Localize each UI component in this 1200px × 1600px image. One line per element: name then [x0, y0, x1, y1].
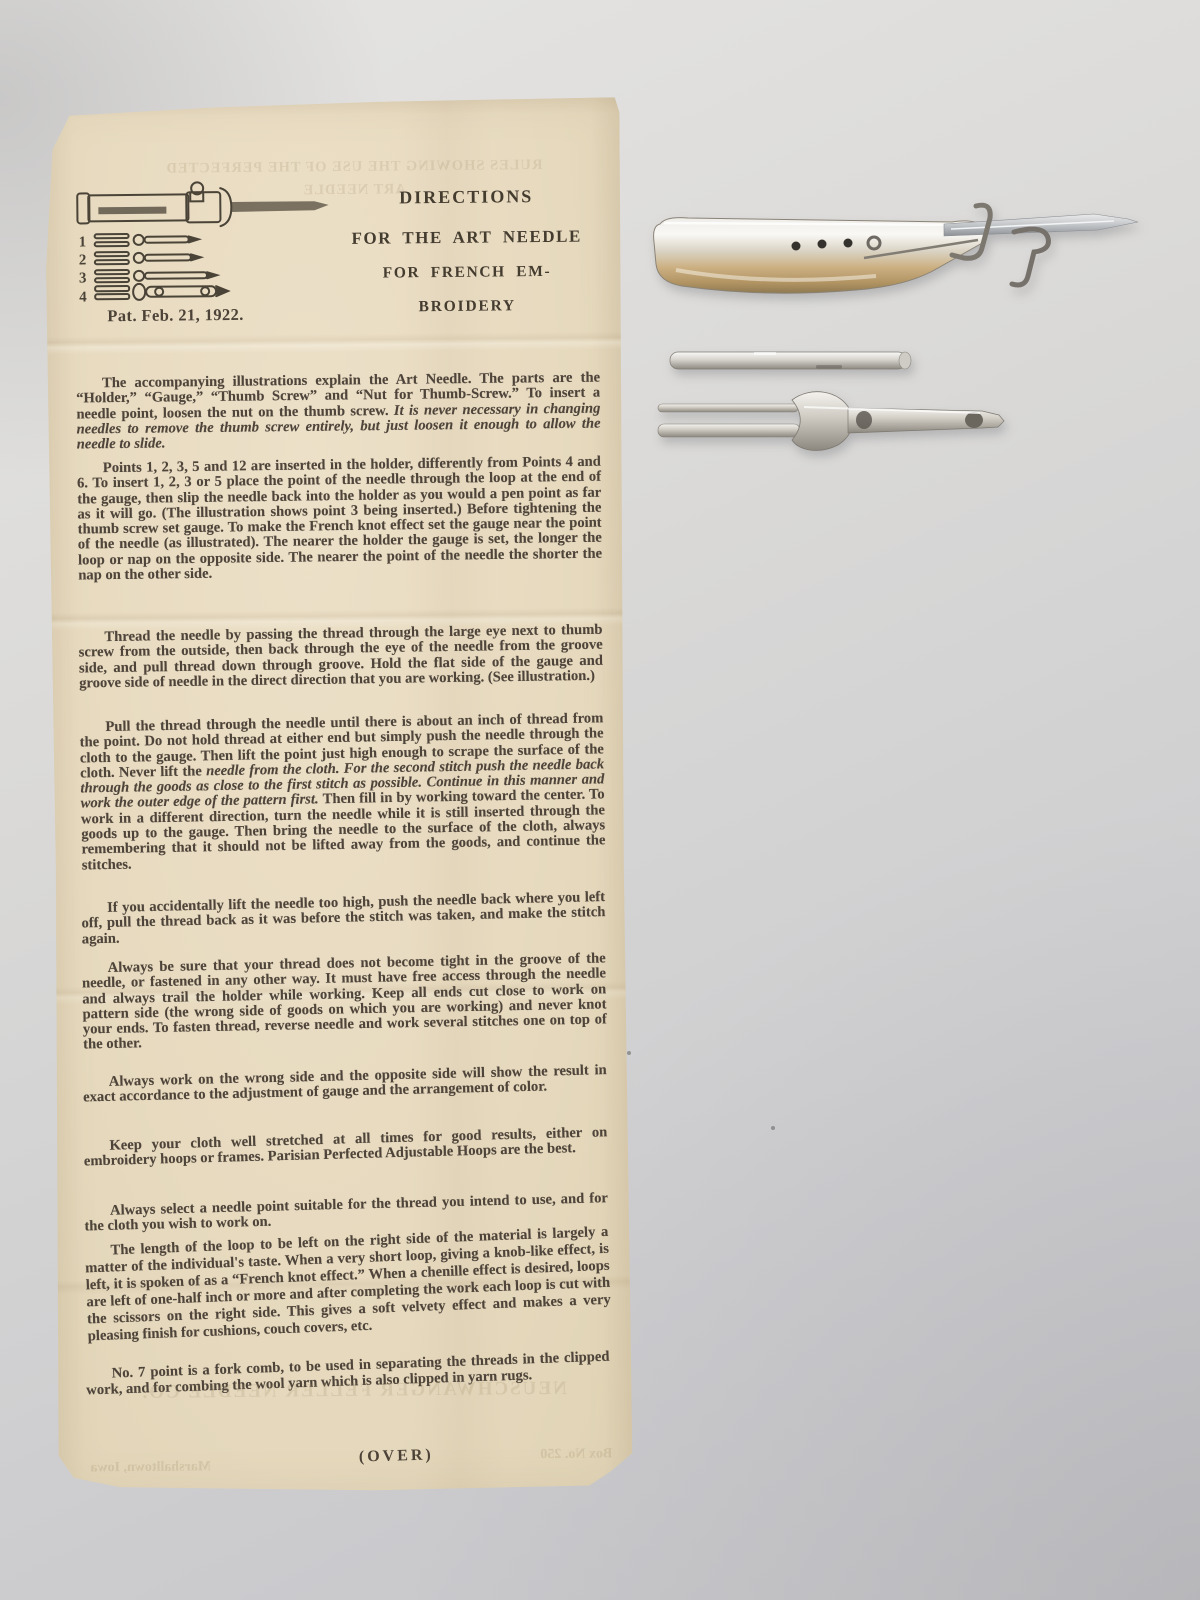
- paragraph-text: Thread the needle by passing the thread …: [79, 622, 603, 692]
- showthrough-company: NEUSCHWANGER FELLER NEEDLE CO.: [94, 1377, 614, 1404]
- tube-notch: [754, 352, 776, 355]
- paragraph-stretch-cloth: Keep your cloth well stretched at all ti…: [83, 1125, 608, 1170]
- paragraph-text: Points 1, 2, 3, 5 and 12 are inserted in…: [77, 454, 602, 584]
- paragraph-thread-tension: Always be sure that your thread does not…: [82, 951, 608, 1053]
- paragraph-wrong-side: Always work on the wrong side and the op…: [83, 1063, 608, 1106]
- title-line-3: FOR FRENCH EM-: [341, 263, 593, 283]
- illus-point-row-2: [95, 251, 201, 264]
- background-speck: [627, 1051, 631, 1055]
- background-speck: [771, 1126, 775, 1130]
- illus-point-label-3: 3: [79, 270, 87, 286]
- gauge-wire-rear: [1012, 229, 1048, 285]
- paragraph-parts: The accompanying illustrations explain t…: [76, 371, 601, 453]
- fork-prong-lower: [658, 424, 800, 437]
- tube-slot: [816, 365, 842, 369]
- title-line-4: BROIDERY: [341, 297, 593, 317]
- photo-scene: RULES SHOWING THE USE OF THE PERFECTED A…: [0, 0, 1200, 1600]
- fork-prong-upper: [658, 404, 798, 412]
- illus-needle: [232, 202, 325, 211]
- fork-point-tool: [652, 384, 1014, 460]
- illus-label-strip: [98, 207, 166, 215]
- paragraph-lift-too-high: If you accidentally lift the needle too …: [81, 890, 606, 947]
- illus-point-row-3: [95, 269, 217, 282]
- instruction-sheet: RULES SHOWING THE USE OF THE PERFECTED A…: [43, 97, 632, 1494]
- holder-hole: [818, 240, 827, 249]
- paragraph-stitching: Pull the thread through the needle until…: [79, 711, 606, 873]
- showthrough-box-number: Box No. 250: [540, 1446, 612, 1463]
- illus-point-label-2: 2: [79, 252, 87, 268]
- paragraph-text: If you accidentally lift the needle too …: [81, 889, 605, 947]
- illus-point-row-1: [95, 233, 199, 246]
- holder-hole: [792, 242, 801, 251]
- holder-body: [654, 218, 984, 294]
- paragraph-text: Always work on the wrong side and the op…: [83, 1062, 607, 1106]
- showthrough-city: Marshalltown, Iowa: [90, 1459, 211, 1476]
- paragraph-inserting-points: Points 1, 2, 3, 5 and 12 are inserted in…: [77, 455, 603, 584]
- paragraph-threading: Thread the needle by passing the thread …: [78, 623, 603, 692]
- paragraph-text: Always be sure that your thread does not…: [82, 950, 607, 1053]
- illus-flange: [220, 188, 231, 226]
- tube-end-cap: [899, 352, 911, 369]
- art-needle-tool: [646, 198, 1146, 303]
- holder-tube-tool: [666, 342, 918, 380]
- paragraph-loop-length: The length of the loop to be left on the…: [84, 1224, 611, 1346]
- fork-hole-inner: [856, 411, 872, 429]
- tube-body: [670, 352, 906, 369]
- holder-hole: [844, 239, 853, 248]
- illus-point-label-1: 1: [79, 234, 87, 250]
- patent-caption: Pat. Feb. 21, 1922.: [107, 304, 297, 326]
- title-line-1: DIRECTIONS: [340, 186, 592, 209]
- paragraph-text: Keep your cloth well stretched at all ti…: [84, 1124, 608, 1169]
- needle-illustration: 1 2 3 4: [72, 178, 341, 307]
- illus-point-label-4: 4: [79, 289, 87, 305]
- fork-bulge: [792, 392, 853, 451]
- fork-hole-eye: [965, 412, 983, 428]
- paragraph-text: The length of the loop to be left on the…: [85, 1224, 611, 1345]
- showthrough-top-line1: RULES SHOWING THE USE OF THE PERFECTED: [104, 153, 604, 181]
- title-line-2: FOR THE ART NEEDLE: [341, 227, 593, 249]
- illus-point-row-4: [95, 283, 228, 300]
